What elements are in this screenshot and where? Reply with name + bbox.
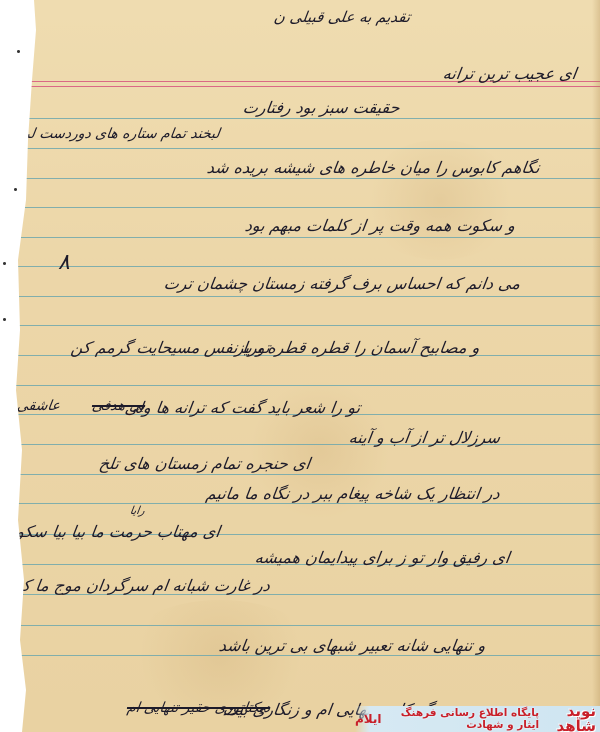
- letter-line: در انتظار یک شاخه پیغام ببر در نگاه ما م…: [205, 484, 501, 503]
- letter-line: حقیقت سبز بود رفتارت: [242, 98, 401, 117]
- letter-line: نگاهم کابوس را میان خاطره های شیشه بریده…: [206, 158, 541, 177]
- rule-line: [0, 655, 600, 656]
- letter-line: تو را شعر باید گفت که ترانه ها ولی: [123, 398, 361, 417]
- rule-line: [0, 385, 600, 386]
- letter-paper: تقدیم به علی قبیلی ن ای عجیب ترین ترانه …: [0, 0, 600, 732]
- letter-line: و مصابیح آسمان را قطره قطره بریز: [235, 338, 481, 357]
- rule-line: [0, 266, 600, 267]
- letter-line: و سکوت همه وقت پر از کلمات مبهم بود: [244, 216, 517, 235]
- rule-line: [0, 296, 600, 297]
- stray-dot: [14, 188, 17, 191]
- rule-line: [0, 237, 600, 238]
- rule-line: [0, 325, 600, 326]
- letter-line: ای مهتاب حرمت ما بیا بیا سکوت بی مرهم: [0, 522, 221, 541]
- stray-dot: [17, 50, 20, 53]
- rule-red-bottom: [0, 86, 600, 87]
- letter-line: ای حنجره تمام زمستان های تلخ: [98, 454, 312, 473]
- letter-line: لبخند تمام ستاره های دوردست لرزان تر: [0, 126, 221, 142]
- rule-line: [0, 178, 600, 179]
- watermark-logo: نوید شاهد: [543, 704, 596, 732]
- watermark-banner: نوید شاهد پایگاه اطلاع رسانی فرهنگ ایثار…: [355, 706, 600, 732]
- rule-line: [0, 148, 600, 149]
- rule-line: [0, 444, 600, 445]
- rule-line: [0, 503, 600, 504]
- stray-dot: [3, 262, 6, 265]
- rule-line: [0, 207, 600, 208]
- rule-line: [0, 625, 600, 626]
- rule-line: [0, 118, 600, 119]
- watermark-text: پایگاه اطلاع رسانی فرهنگ ایثار و شهادت: [386, 707, 540, 731]
- letter-line: و تنهایی شانه تعبیر شبهای بی ترین باشد: [217, 636, 486, 655]
- struck-phrase: دیکتاتوری حقیر تنهایی ام: [126, 700, 271, 716]
- letter-line: سرزلال تر از آب و آینه: [348, 428, 502, 447]
- letter-line: می دانم که احساس برف گرفته زمستان چشمان …: [162, 274, 521, 293]
- letter-line: عاشقی: [16, 398, 61, 414]
- rule-line: [0, 474, 600, 475]
- letter-line: ای رفیق وار تو ز برای پیدایمان همیشه: [254, 548, 511, 567]
- watermark-province: ایلام: [355, 712, 382, 726]
- stray-dot: [3, 318, 6, 321]
- struck-word: بی هدفی: [91, 398, 146, 414]
- salutation-text: ای عجیب ترین ترانه: [441, 64, 577, 83]
- letter-line: در غارت شبانه ام سرگردان موج ما کردم: [0, 576, 271, 595]
- margin-mark: ۸: [58, 250, 70, 275]
- dedication-text: تقدیم به علی قبیلی ن: [273, 8, 412, 26]
- interlinear-note: رایا: [129, 504, 146, 517]
